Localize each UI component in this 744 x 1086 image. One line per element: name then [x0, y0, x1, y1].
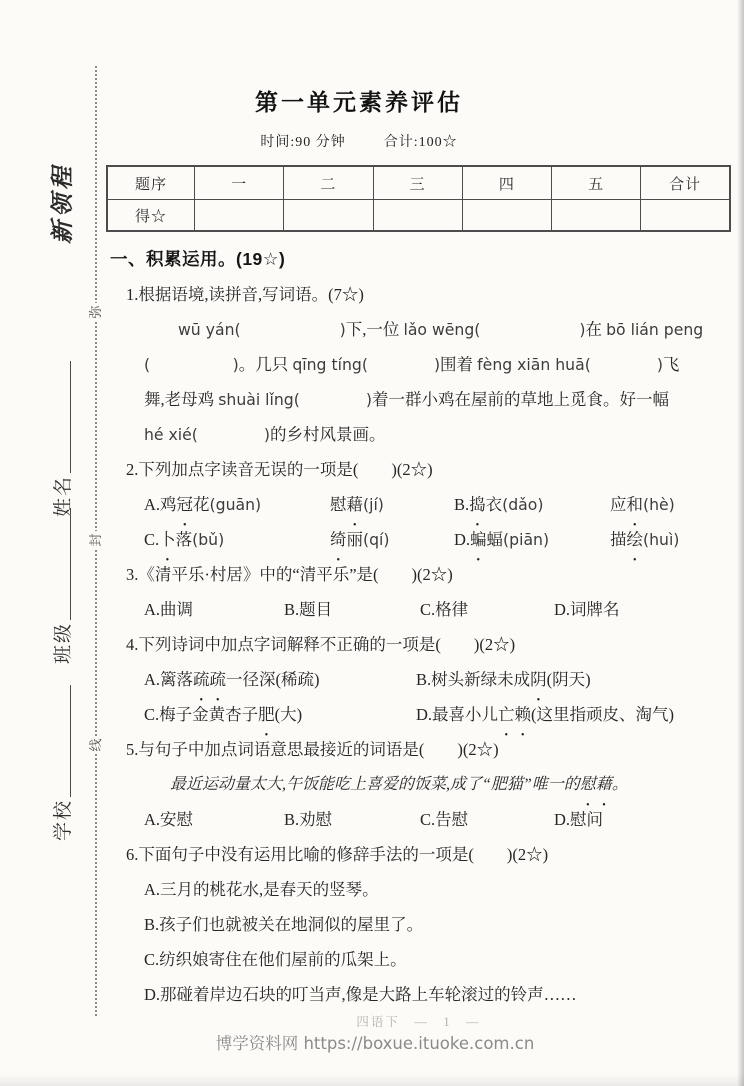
q2-option-c2: 绮丽(qí) [330, 522, 454, 557]
q1-line-2: ( )。几只 qīng tíng( )围着 fèng xiān huā( )飞 [110, 347, 740, 382]
score-table-header-row: 题序 一 二 三 四 五 合计 [107, 166, 730, 200]
q4-option-row-1: A.篱落疏疏一径深(稀疏) B.树头新绿未成阴(阴天) [110, 662, 740, 697]
q5-stem: 5.与句子中加点词语意思最接近的词语是( )(2☆) [110, 732, 740, 767]
exam-paper-page: 新领程 弥 封 线 姓名 班级 学校 第一单元素养评估 时间:90 分钟合计:1… [0, 0, 744, 1086]
score-cell-3 [373, 200, 462, 232]
q2-option-row-1: A.鸡冠花(guān) 慰藉(jí) B.捣衣(dǎo) 应和(hè) [110, 487, 740, 522]
q5-option-d: D.慰问 [554, 802, 603, 837]
section-1-heading: 一、积累运用。(19☆) [110, 242, 740, 277]
student-class-blank [69, 508, 71, 620]
score-cell-5 [552, 200, 641, 232]
student-school-label: 学校 [53, 799, 74, 841]
q2-option-a: A.鸡冠花(guān) [144, 487, 330, 522]
q5-option-row: A.安慰 B.劝慰 C.告慰 D.慰问 [110, 802, 740, 837]
q6-stem: 6.下面句子中没有运用比喻的修辞手法的一项是( )(2☆) [110, 837, 740, 872]
q4-option-b: B.树头新绿未成阴(阴天) [416, 662, 591, 697]
seal-char-3: 线 [87, 736, 105, 754]
score-col-label: 题序 [107, 166, 195, 200]
q5-option-b: B.劝慰 [284, 802, 420, 837]
q2-stem: 2.下列加点字读音无误的一项是( )(2☆) [110, 452, 740, 487]
q5-option-a: A.安慰 [144, 802, 284, 837]
score-col-3: 三 [373, 166, 462, 200]
exam-header: 第一单元素养评估 时间:90 分钟合计:100☆ [110, 84, 608, 151]
brand-logo: 新领程 [44, 163, 77, 244]
q6-option-b: B.孩子们也就被关在地洞似的屋里了。 [110, 907, 740, 942]
q4-option-row-2: C.梅子金黄杏子肥(大) D.最喜小儿亡赖(这里指顽皮、淘气) [110, 697, 740, 732]
exam-meta: 时间:90 分钟合计:100☆ [110, 131, 608, 151]
q5-example-sentence: 最近运动量太大,午饭能吃上喜爱的饭菜,成了“肥猫”唯一的慰藉。 [110, 767, 740, 802]
q3-option-b: B.题目 [284, 592, 420, 627]
q1-stem: 1.根据语境,读拼音,写词语。(7☆) [110, 277, 740, 312]
q2-option-row-2: C.卜落(bǔ) 绮丽(qí) D.蝙蝠(piān) 描绘(huì) [110, 522, 740, 557]
score-cell-total [641, 200, 730, 232]
q2-option-b2: 应和(hè) [610, 487, 675, 522]
page-title: 第一单元素养评估 [110, 84, 608, 117]
score-col-1: 一 [195, 166, 284, 200]
seal-char-1: 弥 [87, 303, 105, 321]
q2-option-b: B.捣衣(dǎo) [454, 487, 610, 522]
q1-line-3: 舞,老母鸡 shuài lǐng( )着一群小鸡在屋前的草地上觅食。好一幅 [110, 382, 740, 417]
source-site-link[interactable]: 博学资料网 https://boxue.ituoke.com.cn [60, 1030, 690, 1054]
q6-option-d: D.那碰着岸边石块的叮当声,像是大路上车轮滚过的铃声…… [110, 977, 740, 1012]
score-cell-4 [462, 200, 551, 232]
score-cell-1 [195, 200, 284, 232]
q4-option-a: A.篱落疏疏一径深(稀疏) [144, 662, 416, 697]
q3-option-a: A.曲调 [144, 592, 284, 627]
score-col-4: 四 [462, 166, 551, 200]
student-class-label: 班级 [53, 622, 74, 664]
score-col-5: 五 [552, 166, 641, 200]
q6-option-a: A.三月的桃花水,是春天的竖琴。 [110, 872, 740, 907]
q2-option-c: C.卜落(bǔ) [144, 522, 330, 557]
q2-option-a2: 慰藉(jí) [330, 487, 454, 522]
q2-option-d: D.蝙蝠(piān) [454, 522, 610, 557]
student-school-blank [69, 685, 71, 797]
student-school-field: 学校 [48, 685, 75, 841]
score-col-2: 二 [284, 166, 373, 200]
q1-line-1: wū yán( )下,一位 lǎo wēng( )在 bō lián peng [110, 312, 740, 347]
q4-option-d: D.最喜小儿亡赖(这里指顽皮、淘气) [416, 697, 674, 732]
score-row-label: 得☆ [107, 200, 195, 232]
q1-line-4: hé xié( )的乡村风景画。 [110, 417, 740, 452]
student-name-field: 姓名 [48, 361, 75, 517]
q3-option-c: C.格律 [420, 592, 554, 627]
q3-stem: 3.《清平乐·村居》中的“清平乐”是( )(2☆) [110, 557, 740, 592]
q3-option-d: D.词牌名 [554, 592, 620, 627]
student-class-field: 班级 [48, 508, 75, 664]
score-table-score-row: 得☆ [107, 200, 730, 232]
total-score-label: 合计:100☆ [384, 135, 458, 150]
q5-option-c: C.告慰 [420, 802, 554, 837]
exam-body: 一、积累运用。(19☆) 1.根据语境,读拼音,写词语。(7☆) wū yán(… [110, 242, 740, 1012]
time-label: 时间:90 分钟 [260, 135, 345, 150]
score-table: 题序 一 二 三 四 五 合计 得☆ [106, 165, 731, 232]
q4-option-c: C.梅子金黄杏子肥(大) [144, 697, 416, 732]
q2-option-d2: 描绘(huì) [610, 522, 679, 557]
q4-stem: 4.下列诗词中加点字词解释不正确的一项是( )(2☆) [110, 627, 740, 662]
q6-option-c: C.纺织娘寄住在他们屋前的瓜架上。 [110, 942, 740, 977]
q3-option-row: A.曲调 B.题目 C.格律 D.词牌名 [110, 592, 740, 627]
seal-char-2: 封 [87, 531, 105, 549]
page-number: 四语下 — 1 — [106, 1012, 731, 1030]
score-col-total: 合计 [641, 166, 730, 200]
student-name-blank [69, 361, 71, 473]
score-cell-2 [284, 200, 373, 232]
